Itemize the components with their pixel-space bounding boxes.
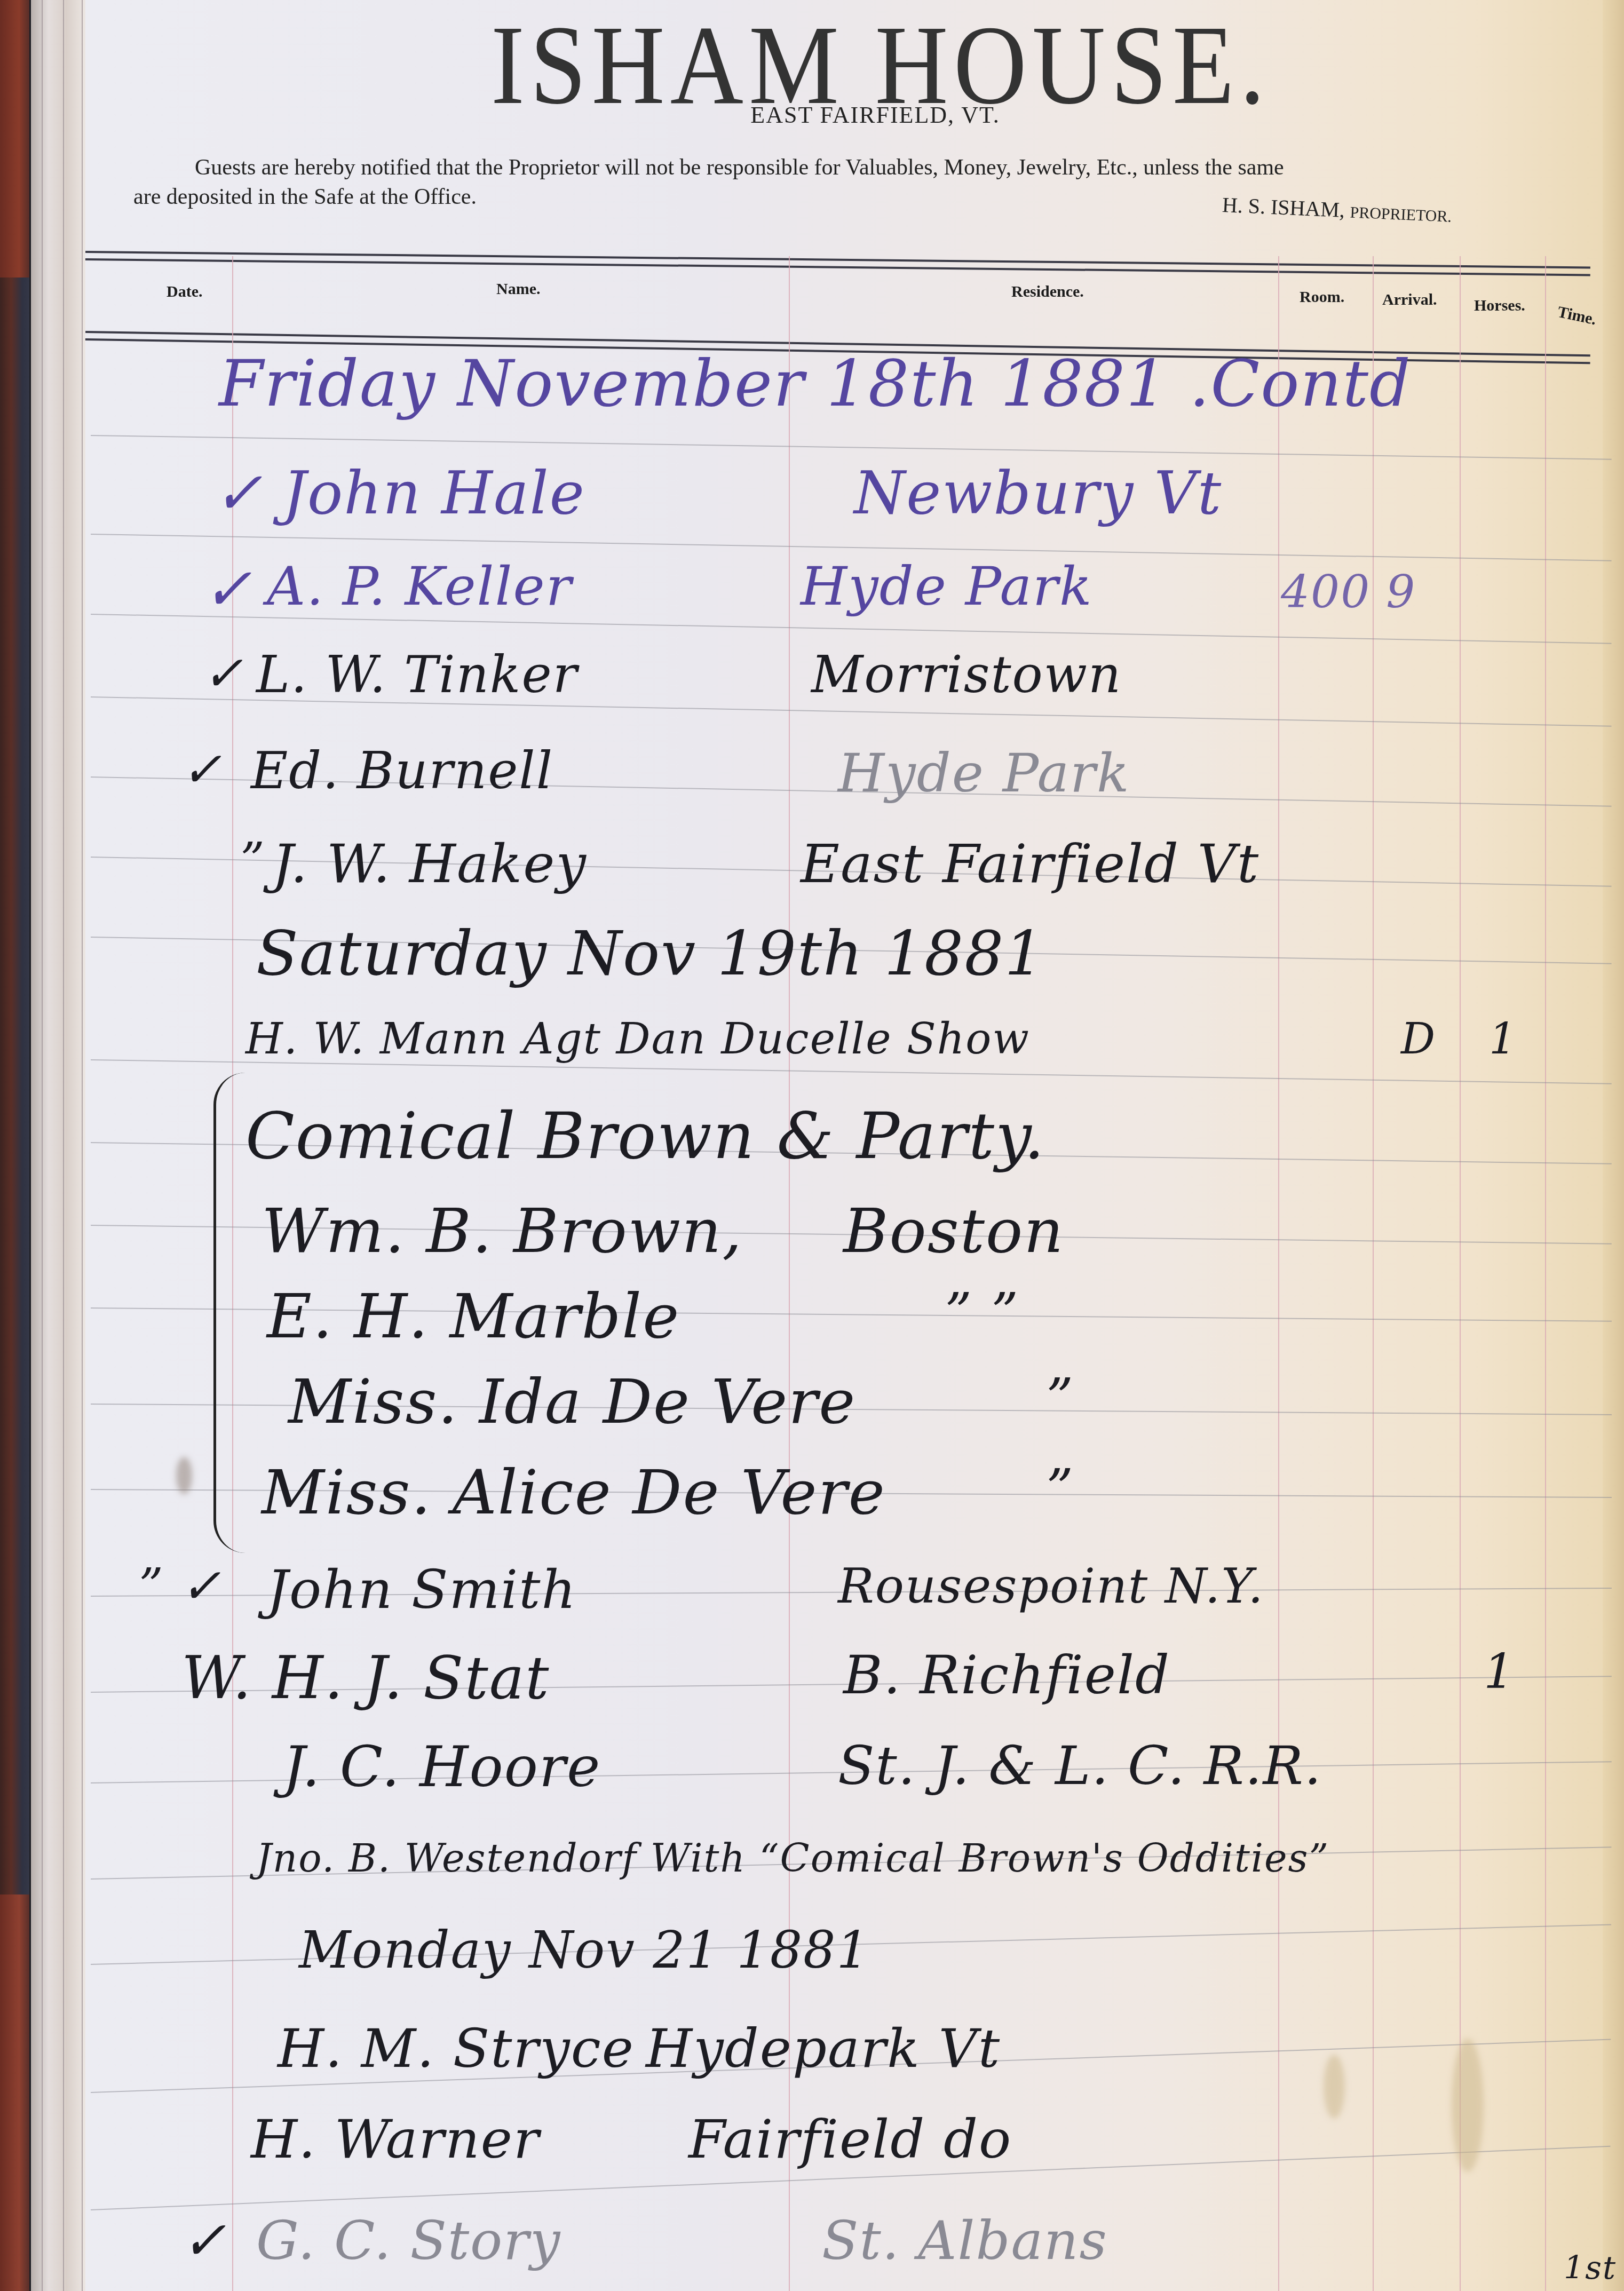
paper-stain [176,1457,192,1494]
check-mark: ✓ [181,2209,227,2272]
page-gutter [29,0,90,2291]
check-mark: ✓ [181,742,223,798]
check-mark: ” ✓ [139,1558,222,1614]
column-header-arrival: Arrival. [1382,291,1437,309]
guest-name: A. P. Keller [267,555,573,617]
book-cover-edge [0,1894,32,2291]
guest-residence: Boston [843,1195,1064,1267]
guest-residence: Morristown [811,646,1122,704]
guest-name: H. W. Mann Agt Dan Ducelle Show [245,1014,1030,1064]
guest-name: J. W. Hakey [272,833,587,895]
guest-residence: B. Richfield [843,1644,1170,1706]
guest-residence: St. J. & L. C. R.R. [838,1734,1322,1797]
paper-stain [1452,2039,1484,2172]
guest-residence: Hyde Park [838,742,1130,804]
column-rule [1373,256,1374,2291]
date-entry: Monday Nov 21 1881 [299,1921,870,1980]
arrival-mark: D [1401,1014,1436,1064]
guest-name: H. M. Stryce [278,2017,635,2080]
gutter-line [82,0,83,2291]
column-header-residence: Residence. [1011,283,1084,301]
check-mark: ✓ [213,459,264,527]
gutter-line [63,0,64,2291]
guest-name: John Hale [283,459,585,527]
guest-residence: ” [1046,1366,1074,1429]
book-cover-edge [0,0,32,278]
guest-name: G. C. Story [256,2209,561,2272]
guest-residence: Rousespoint N.Y. [838,1558,1264,1614]
guest-name: L. W. Tinker [256,646,578,704]
proprietor-name: H. S. ISHAM, [1222,193,1345,222]
guest-residence: Hydepark Vt [646,2017,1001,2080]
party-name: Comical Brown & Party. [245,1099,1045,1174]
guest-name: H. Warner [251,2108,540,2170]
date-entry: Friday November 18th 1881 .Contd [219,347,1412,421]
guest-name: John Smith [267,1558,577,1621]
guest-name: Miss. Alice De Vere [262,1457,886,1528]
guest-residence: Hyde Park [801,555,1093,617]
guest-residence: St. Albans [822,2209,1108,2272]
column-header-date: Date. [167,283,202,301]
guest-residence: East Fairfield Vt [801,833,1259,895]
hotel-location: EAST FAIRFIELD, VT. [662,101,1089,129]
guest-name: E. H. Marble [267,1281,680,1352]
party-bracket [213,1073,248,1553]
column-rule [789,256,790,2291]
column-rule [1545,256,1546,2291]
column-header-room: Room. [1300,288,1344,306]
notice-line-2: are deposited in the Safe at the Office. [133,184,477,210]
guest-name: Wm. B. Brown, [262,1195,743,1267]
column-rule [1278,256,1279,2291]
proprietor-title: PROPRIETOR. [1350,203,1452,225]
column-header-horses: Horses. [1474,297,1525,315]
page-footer-mark: 1st [1564,2249,1617,2287]
room-number: 400 9 [1281,566,1416,619]
check-mark: ✓ [203,646,244,702]
column-header-name: Name. [496,280,540,298]
horses-count: 1 [1484,1644,1515,1700]
horses-count: 1 [1489,1014,1517,1064]
page-edge [1603,0,1624,2291]
guest-name: Miss. Ida De Vere [288,1366,856,1438]
check-mark: ✓ [203,555,253,623]
guest-name: Ed. Burnell [251,742,553,800]
guest-name: J. C. Hoore [283,1734,601,1799]
notice-line-1: Guests are hereby notified that the Prop… [195,155,1284,180]
ditto-mark: ” [240,833,266,889]
column-rule [1460,256,1461,2291]
paper-stain [1324,2055,1345,2119]
guest-name: W. H. J. Stat [181,1644,550,1712]
date-entry: Saturday Nov 19th 1881 [256,918,1045,989]
guest-residence: Newbury Vt [854,459,1222,527]
guest-residence: ” [1046,1457,1074,1519]
gutter-line [42,0,43,2291]
guest-residence: ” ” [945,1281,1019,1343]
guest-name: Jno. B. Westendorf With “Comical Brown's… [256,1836,1329,1881]
guest-residence: Fairfield do [688,2108,1012,2170]
